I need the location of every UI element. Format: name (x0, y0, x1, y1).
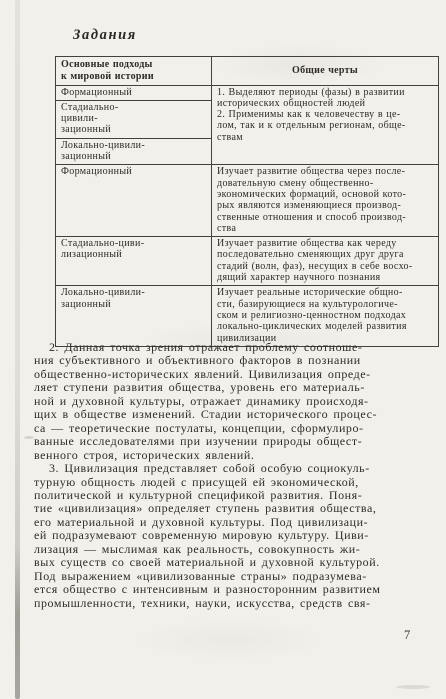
book-spine-shadow (15, 0, 20, 699)
common-traits-cell: 1. Выделяют периоды (фазы) в развитии ис… (212, 85, 439, 165)
description-cell: Изучает развитие общества как череду пос… (212, 237, 439, 286)
table-row: Формационный 1. Выделяют периоды (фазы) … (56, 85, 439, 100)
approach-cell: Стадиально- цивили- зационный (56, 100, 212, 138)
scan-artifact (24, 436, 34, 439)
table-row: Формационный Изучает развитие общества ч… (56, 165, 439, 237)
approach-cell: Формационный (56, 165, 212, 237)
table-row: Стадиально-циви- лизационный Изучает раз… (56, 237, 439, 286)
header-cell-approaches: Основные подходы к мировой истории (56, 57, 212, 86)
approach-cell: Локально-цивили- зационный (56, 286, 212, 346)
description-cell: Изучает развитие общества через после- д… (212, 165, 439, 237)
scanned-book-page: Задания Основные подходы к мировой истор… (0, 0, 446, 699)
description-cell: Изучает реальные исторические общно- сти… (212, 286, 439, 346)
section-heading: Задания (73, 27, 137, 44)
page-number: 7 (404, 628, 411, 643)
paragraph-task-2: 2. Данная точка зрения отражает проблему… (34, 341, 424, 462)
approach-cell: Локально-цивили- зационный (56, 138, 212, 165)
approach-cell: Стадиально-циви- лизационный (56, 237, 212, 286)
paragraph-task-3: 3. Цивилизация представляет собой особую… (34, 462, 424, 610)
approach-cell: Формационный (56, 85, 212, 100)
scan-artifact (396, 685, 430, 689)
body-text-block: 2. Данная точка зрения отражает проблему… (34, 341, 424, 610)
table-header-row: Основные подходы к мировой истории Общие… (56, 57, 439, 86)
approaches-comparison-table: Основные подходы к мировой истории Общие… (55, 56, 439, 347)
table-row: Локально-цивили- зационный Изучает реаль… (56, 286, 439, 346)
header-cell-common-traits: Общие черты (212, 57, 439, 86)
